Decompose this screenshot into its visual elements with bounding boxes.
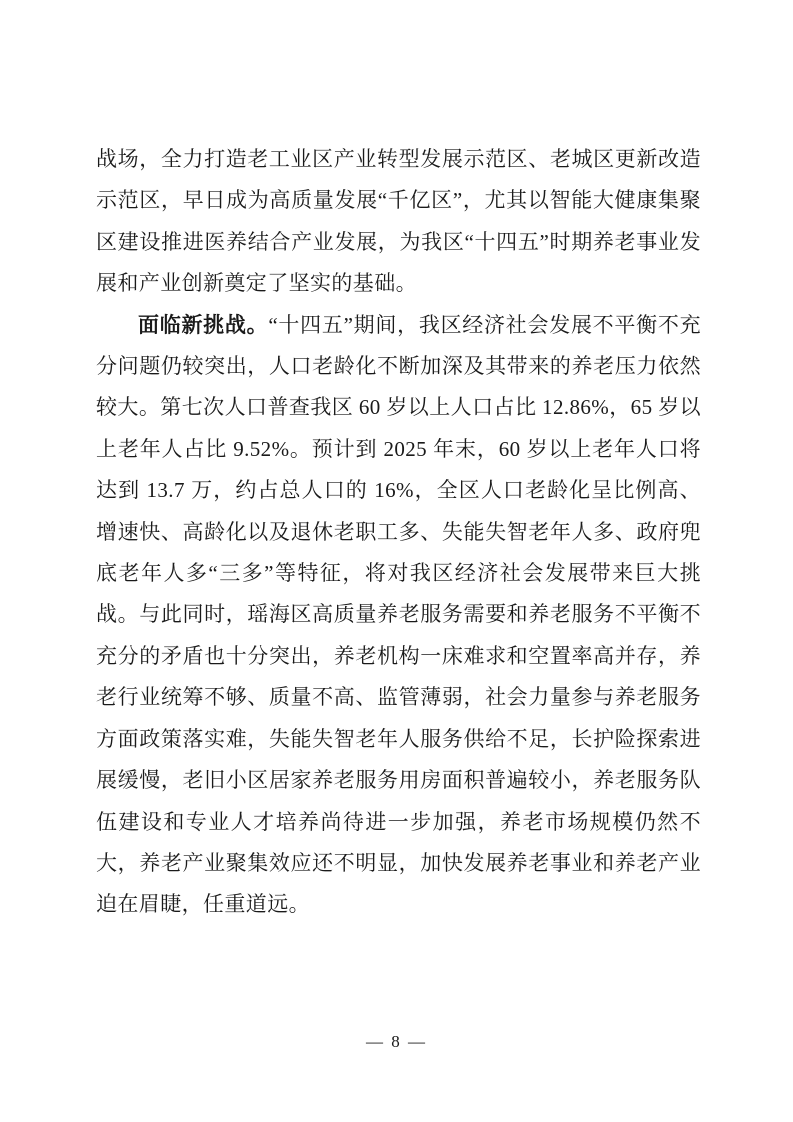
paragraph-text: “十四五”期间，我区经济社会发展不平衡不充分问题仍较突出，人口老龄化不断加深及其… — [96, 313, 701, 917]
paragraph-lead-bold: 面临新挑战。 — [138, 313, 268, 337]
document-text-block: 战场，全力打造老工业区产业转型发展示范区、老城区更新改造示范区，早日成为高质量发… — [96, 139, 701, 926]
paragraph-new-challenges: 面临新挑战。“十四五”期间，我区经济社会发展不平衡不充分问题仍较突出，人口老龄化… — [96, 305, 701, 926]
page-footer: — 8 — — [0, 1032, 793, 1052]
page-number: — 8 — — [366, 1032, 427, 1051]
paragraph-continuation: 战场，全力打造老工业区产业转型发展示范区、老城区更新改造示范区，早日成为高质量发… — [96, 139, 701, 305]
paragraph-text: 战场，全力打造老工业区产业转型发展示范区、老城区更新改造示范区，早日成为高质量发… — [96, 147, 701, 295]
document-page: 战场，全力打造老工业区产业转型发展示范区、老城区更新改造示范区，早日成为高质量发… — [0, 0, 793, 1122]
